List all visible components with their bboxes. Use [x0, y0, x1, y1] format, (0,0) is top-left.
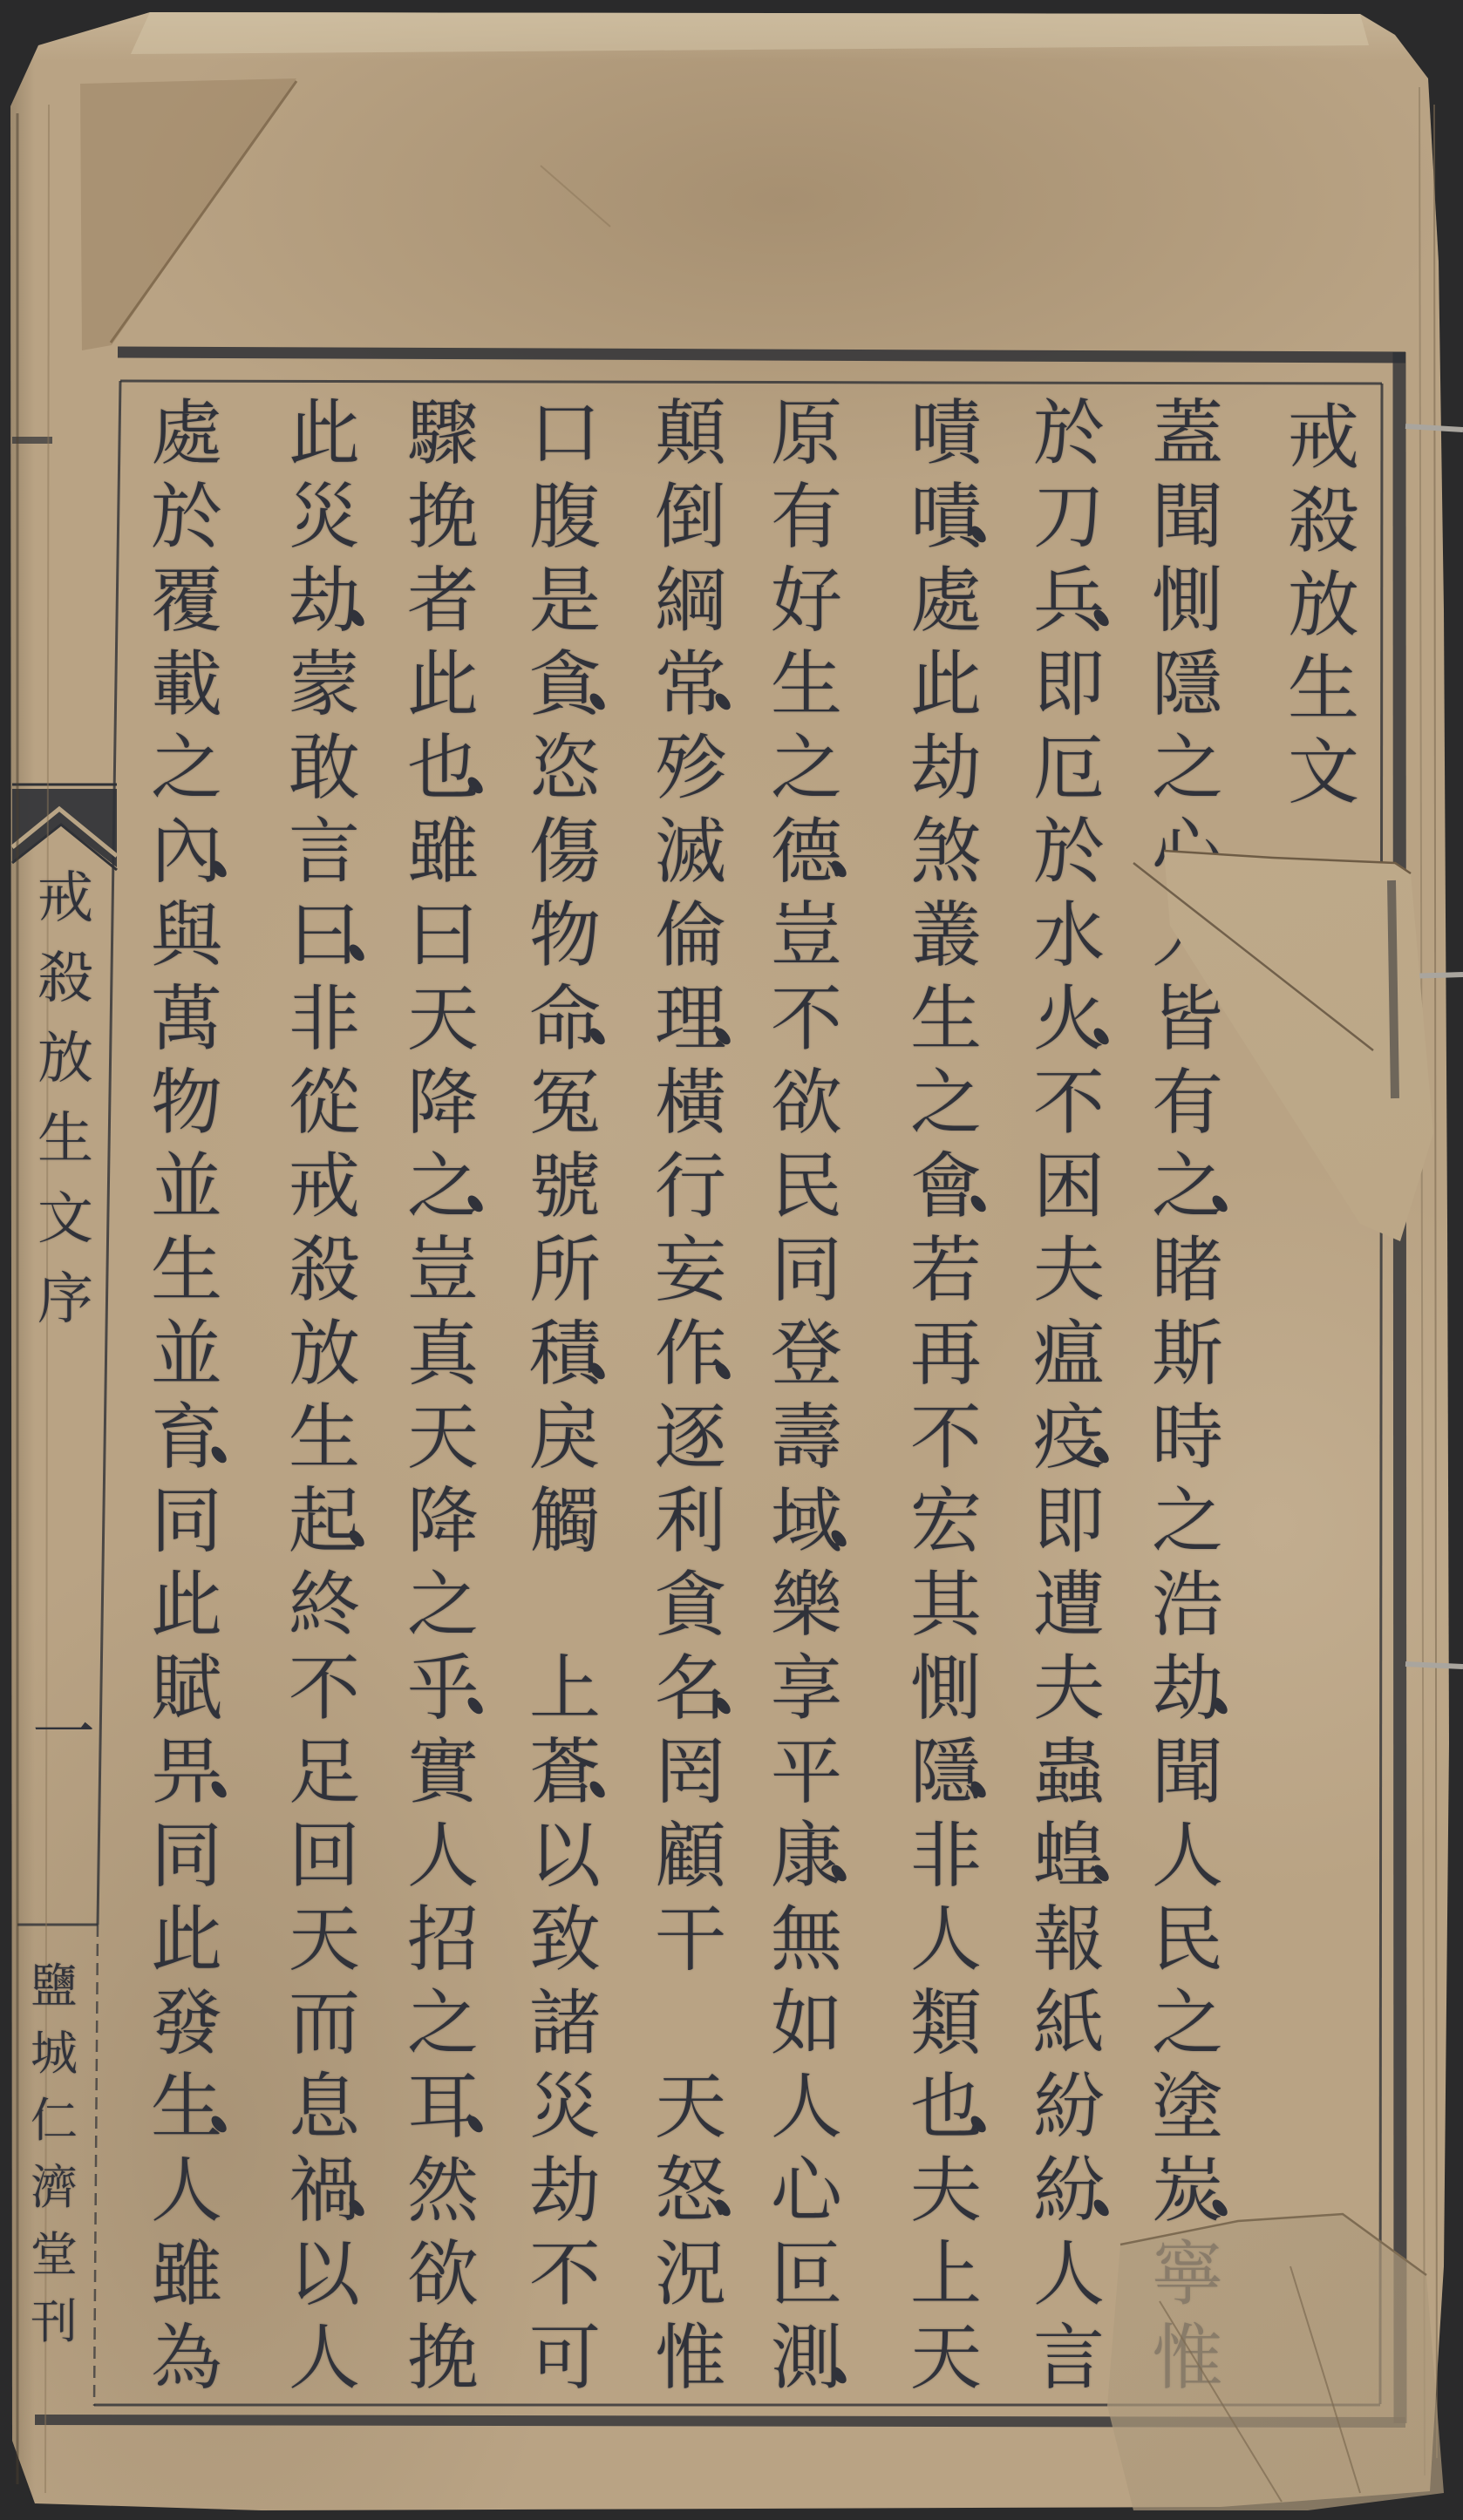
crumple-lines	[0, 0, 1463, 2520]
crumple-crease	[1290, 2266, 1360, 2493]
crumple-crease	[1120, 2214, 1426, 2275]
crumple-crease	[1160, 2301, 1282, 2502]
scanned-book-page: 戒殺放生文 蓋聞惻隱之心、人皆有之、睹斯時之浩劫、聞人民之塗炭、寧惟 於刀兵、即…	[0, 0, 1463, 2520]
